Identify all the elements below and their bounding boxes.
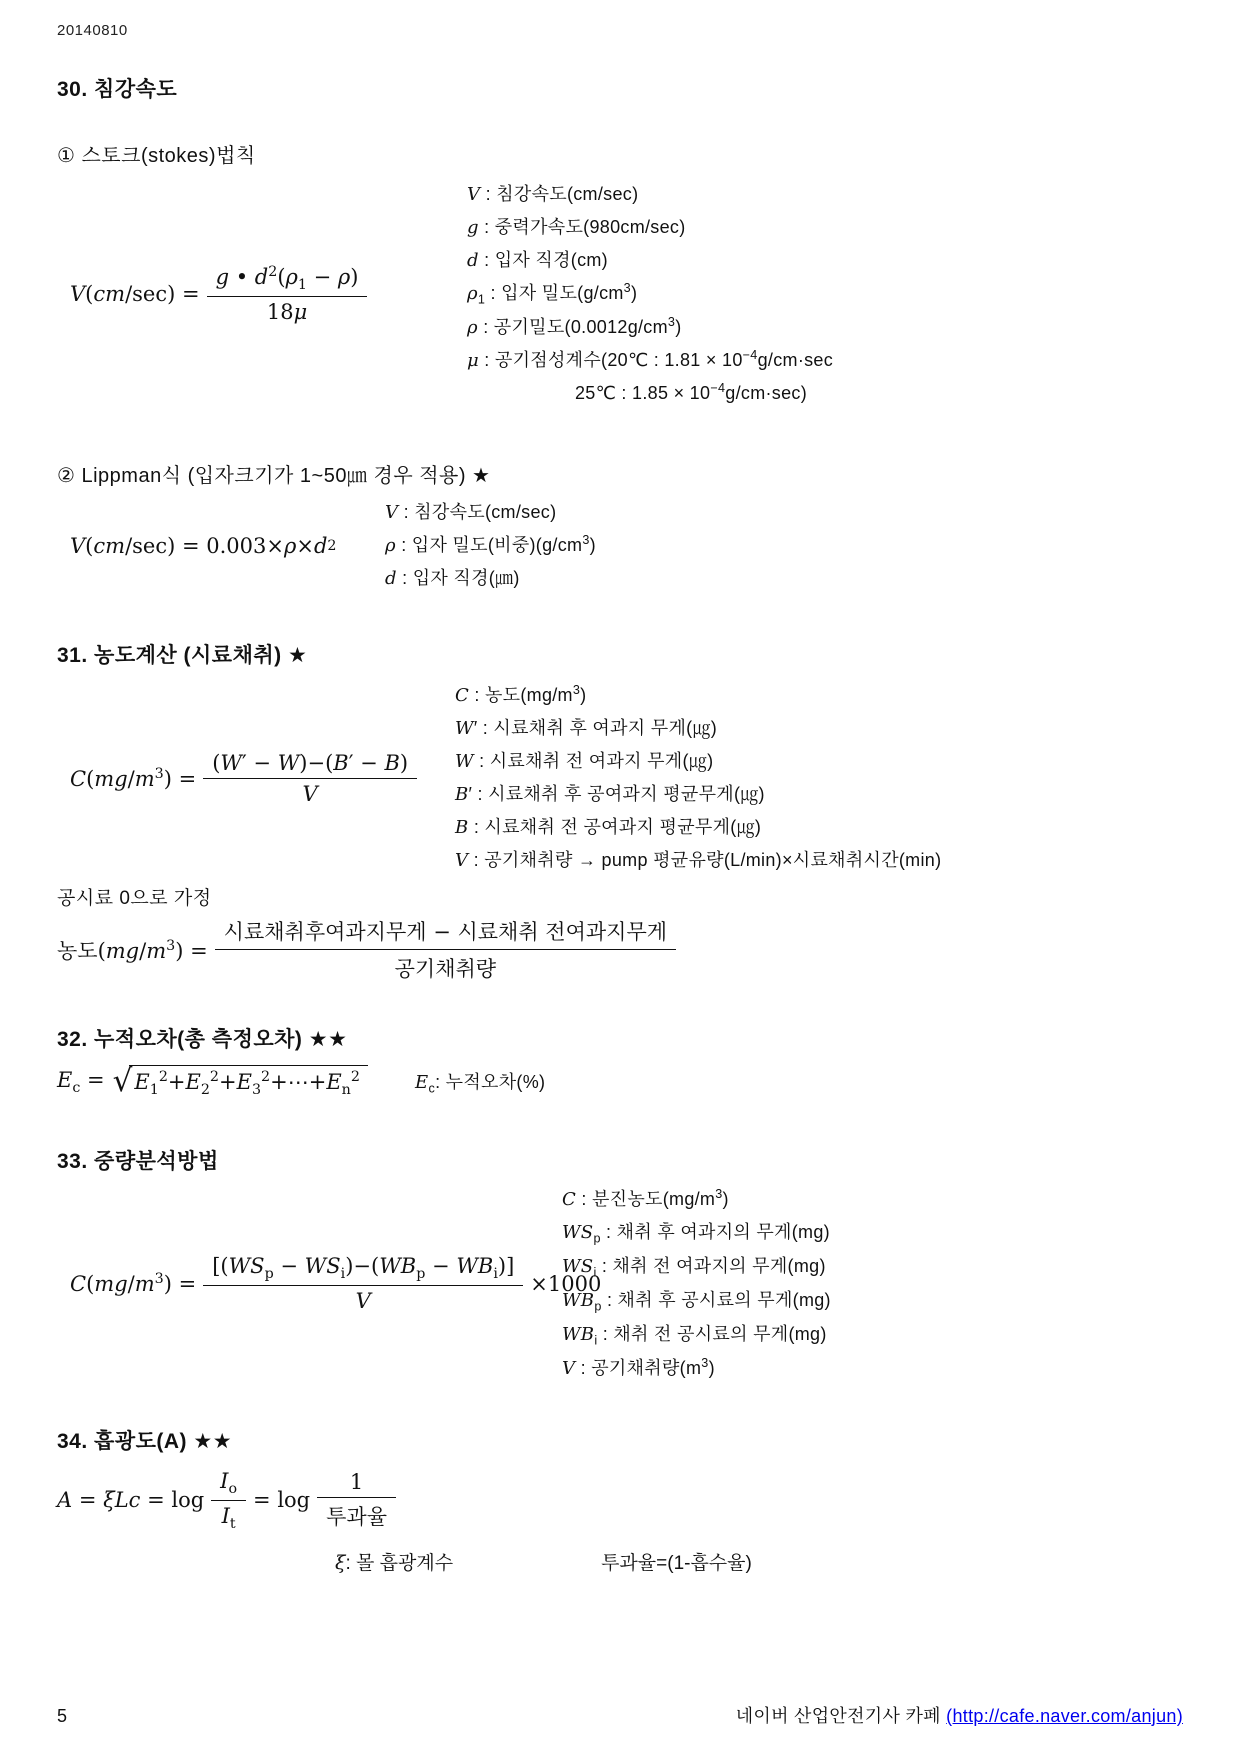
section-31-title: 31. 농도계산 (시료채취) ★ (57, 639, 1183, 669)
simplified-formula-fraction: 시료채취후여과지무게 − 시료채취 전여과지무게 공기채취량 (215, 916, 676, 983)
gravimetric-formula-denominator: V (203, 1285, 523, 1313)
section-34-title: 34. 흡광도(A) ★★ (57, 1425, 1183, 1455)
variable-definition: C : 분진농도(mg/m3) (562, 1183, 1183, 1216)
concentration-formula-denominator: V (203, 778, 417, 806)
page-footer: 5 네이버 산업안전기사 카페 (http://cafe.naver.com/a… (57, 1702, 1183, 1728)
document-page: 20140810 30. 침강속도 ① 스토크(stokes)법칙 V(cm/s… (0, 0, 1240, 1754)
cafe-label: 네이버 산업안전기사 카페 (736, 1706, 946, 1726)
intensity-fraction-denominator: It (211, 1500, 246, 1532)
absorbance-formula-lhs: A = ξLc = log (57, 1488, 204, 1512)
variable-definition: WSi : 채취 전 여과지의 무게(mg) (562, 1250, 1183, 1284)
square-root: √ E12+E22+E32+⋯+En2 (113, 1065, 368, 1098)
molar-coefficient-note: ξ: 몰 흡광계수 (335, 1548, 453, 1575)
stokes-formula-lhs: V(cm/sec) = (70, 282, 200, 306)
transmittance-fraction: 1 투과율 (317, 1470, 396, 1531)
cumulative-error-legend: Ec: 누적오차(%) (415, 1068, 1183, 1096)
variable-definition: ρ1 : 입자 밀도(g/cm3) (467, 277, 1183, 311)
variable-definition: g : 중력가속도(980cm/sec) (467, 211, 1183, 244)
variable-definition: V : 침강속도(cm/sec) (385, 496, 1183, 529)
variable-definition: d : 입자 직경(cm) (467, 244, 1183, 277)
variable-definition: WSp : 채취 후 여과지의 무게(mg) (562, 1216, 1183, 1250)
lippman-block: V(cm/sec) = 0.003×ρ×d2 V : 침강속도(cm/sec) … (57, 496, 1183, 595)
variable-definition: WBi : 채취 전 공시료의 무게(mg) (562, 1318, 1183, 1352)
lippman-heading: ② Lippman식 (입자크기가 1~50㎛ 경우 적용) ★ (57, 459, 1183, 488)
cumulative-error-block: Ec = √ E12+E22+E32+⋯+En2 Ec: 누적오차(%) (57, 1065, 1183, 1098)
gravimetric-formula-lhs: C(mg/m3) = (70, 1271, 196, 1296)
stokes-formula-denominator: 18μ (207, 296, 368, 324)
variable-definition: ρ : 공기밀도(0.0012g/cm3) (467, 311, 1183, 344)
absorbance-formula: A = ξLc = log Io It = log 1 투과율 (57, 1469, 1183, 1532)
variable-definition-continued: 25℃ : 1.85 × 10−4g/cm·sec) (467, 377, 1183, 409)
lippman-formula: V(cm/sec) = 0.003×ρ×d2 (57, 534, 385, 558)
transmittance-fraction-numerator: 1 (317, 1470, 396, 1497)
variable-definition: W : 시료채취 전 여과지 무게(㎍) (455, 745, 1183, 778)
variable-definition: B : 시료채취 전 공여과지 평균무게(㎍) (455, 811, 1183, 844)
concentration-formula-numerator: (W′ − W)−(B′ − B) (203, 751, 417, 778)
simplified-formula-numerator: 시료채취후여과지무게 − 시료채취 전여과지무게 (215, 916, 676, 949)
section-33-title: 33. 중량분석방법 (57, 1145, 1183, 1175)
stokes-law-block: V(cm/sec) = g • d2(ρ1 − ρ) 18μ V : 침강속도(… (57, 178, 1183, 409)
absorbance-notes: ξ: 몰 흡광계수 투과율=(1-흡수율) (57, 1548, 1183, 1575)
gravimetric-formula-numerator: [(WSp − WSi)−(WBp − WBi)] (203, 1254, 523, 1285)
intensity-fraction: Io It (211, 1469, 246, 1532)
variable-definition: ρ : 입자 밀도(비중)(g/cm3) (385, 529, 1183, 562)
stokes-law-heading: ① 스토크(stokes)법칙 (57, 139, 1183, 168)
transmittance-note: 투과율=(1-흡수율) (601, 1548, 752, 1575)
header-date: 20140810 (57, 22, 1183, 39)
variable-definition: V : 공기채취량 → pump 평균유량(L/min)×시료채취시간(min) (455, 844, 1183, 877)
cumulative-error-expression: Ec = √ E12+E22+E32+⋯+En2 (57, 1065, 368, 1098)
simplified-formula-lhs: 농도(mg/m3) = (57, 935, 208, 965)
stokes-formula-fraction: g • d2(ρ1 − ρ) 18μ (207, 264, 368, 324)
cafe-credit: 네이버 산업안전기사 카페 (http://cafe.naver.com/anj… (736, 1702, 1183, 1728)
gravimetric-formula-expression: C(mg/m3) = [(WSp − WSi)−(WBp − WBi)] V ×… (70, 1254, 601, 1313)
gravimetric-variable-list: C : 분진농도(mg/m3) WSp : 채취 후 여과지의 무게(mg) W… (562, 1183, 1183, 1385)
variable-definition: V : 공기채취량(m3) (562, 1352, 1183, 1385)
stokes-formula-numerator: g • d2(ρ1 − ρ) (207, 264, 368, 296)
radicand: E12+E22+E32+⋯+En2 (129, 1065, 368, 1098)
blank-sample-note: 공시료 0으로 가정 (57, 883, 1183, 910)
gravimetric-formula-fraction: [(WSp − WSi)−(WBp − WBi)] V (203, 1254, 523, 1313)
page-number: 5 (57, 1706, 67, 1727)
lippman-variable-list: V : 침강속도(cm/sec) ρ : 입자 밀도(비중)(g/cm3) d … (385, 496, 1183, 595)
gravimetric-block: C(mg/m3) = [(WSp − WSi)−(WBp − WBi)] V ×… (57, 1183, 1183, 1385)
concentration-formula-fraction: (W′ − W)−(B′ − B) V (203, 751, 417, 806)
concentration-formula: C(mg/m3) = (W′ − W)−(B′ − B) V (57, 751, 455, 806)
variable-definition: B′ : 시료채취 후 공여과지 평균무게(㎍) (455, 778, 1183, 811)
absorbance-formula-expression: A = ξLc = log Io It = log 1 투과율 (57, 1469, 403, 1532)
concentration-variable-list: C : 농도(mg/m3) W′ : 시료채취 후 여과지 무게(㎍) W : … (455, 679, 1183, 877)
concentration-formula-expression: C(mg/m3) = (W′ − W)−(B′ − B) V (70, 751, 424, 806)
variable-definition: d : 입자 직경(㎛) (385, 562, 1183, 595)
variable-definition: C : 농도(mg/m3) (455, 679, 1183, 712)
concentration-simplified-formula: 농도(mg/m3) = 시료채취후여과지무게 − 시료채취 전여과지무게 공기채… (57, 916, 1183, 983)
cumulative-error-lhs: Ec = (57, 1068, 105, 1096)
section-30-title: 30. 침강속도 (57, 73, 1183, 103)
section-32-title: 32. 누적오차(총 측정오차) ★★ (57, 1023, 1183, 1053)
concentration-simplified-expression: 농도(mg/m3) = 시료채취후여과지무게 − 시료채취 전여과지무게 공기채… (57, 916, 683, 983)
variable-definition: V : 침강속도(cm/sec) (467, 178, 1183, 211)
concentration-formula-lhs: C(mg/m3) = (70, 766, 196, 791)
transmittance-fraction-denominator: 투과율 (317, 1497, 396, 1531)
cafe-link[interactable]: (http://cafe.naver.com/anjun) (946, 1706, 1183, 1726)
concentration-block: C(mg/m3) = (W′ − W)−(B′ − B) V C : 농도(mg… (57, 679, 1183, 877)
gravimetric-formula: C(mg/m3) = [(WSp − WSi)−(WBp − WBi)] V ×… (57, 1254, 562, 1313)
stokes-formula-expression: V(cm/sec) = g • d2(ρ1 − ρ) 18μ (70, 264, 374, 324)
variable-definition: W′ : 시료채취 후 여과지 무게(㎍) (455, 712, 1183, 745)
variable-definition: μ : 공기점성계수(20℃ : 1.81 × 10−4g/cm·sec (467, 344, 1183, 377)
simplified-formula-denominator: 공기채취량 (215, 949, 676, 983)
absorbance-formula-mid: = log (253, 1488, 310, 1512)
variable-definition: WBp : 채취 후 공시료의 무게(mg) (562, 1284, 1183, 1318)
stokes-formula: V(cm/sec) = g • d2(ρ1 − ρ) 18μ (57, 264, 467, 324)
cumulative-error-formula: Ec = √ E12+E22+E32+⋯+En2 (57, 1065, 415, 1098)
intensity-fraction-numerator: Io (211, 1469, 246, 1500)
stokes-variable-list: V : 침강속도(cm/sec) g : 중력가속도(980cm/sec) d … (467, 178, 1183, 409)
lippman-formula-expression: V(cm/sec) = 0.003×ρ×d2 (70, 534, 336, 558)
